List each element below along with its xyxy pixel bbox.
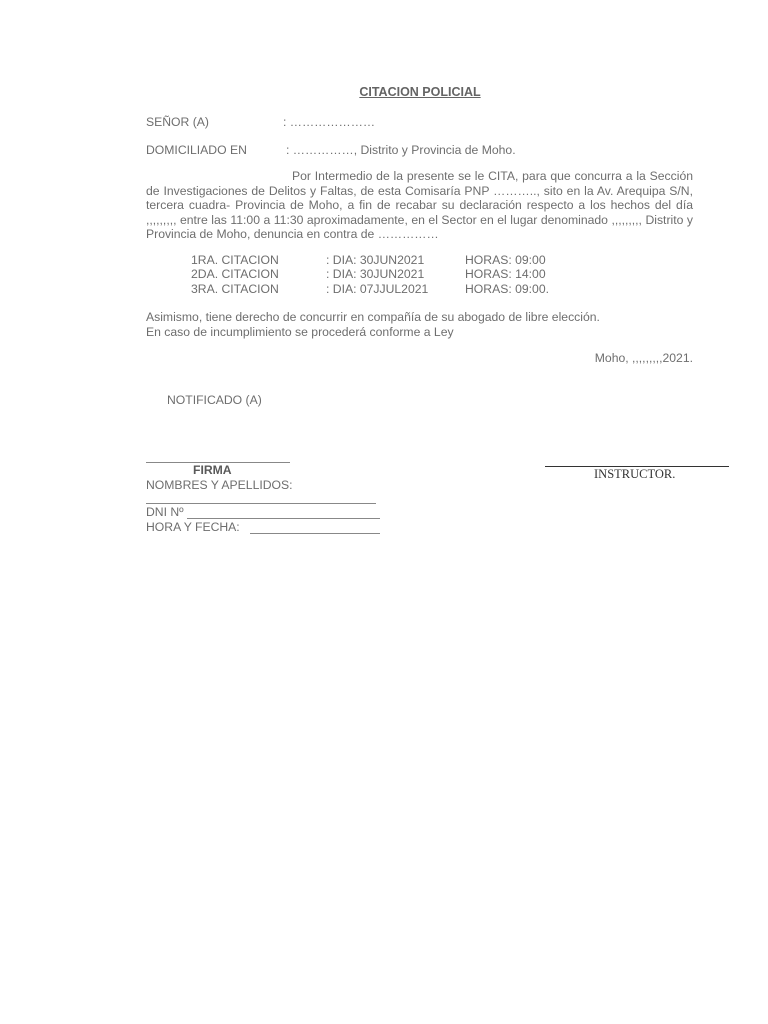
- hora-fecha-blank-line: [250, 533, 380, 534]
- body-paragraph: Por Intermedio de la presente se le CITA…: [146, 169, 693, 242]
- place-date: Moho, ,,,,,,,,,2021.: [595, 351, 693, 365]
- firma-label: FIRMA: [193, 463, 232, 477]
- names-label: NOMBRES Y APELLIDOS:: [146, 478, 293, 492]
- domicilio-label: DOMICILIADO EN: [146, 143, 247, 157]
- domicilio-value: : ……………, Distrito y Provincia de Moho.: [286, 143, 516, 157]
- names-blank-line: [146, 503, 376, 504]
- rights-line-1: Asimismo, tiene derecho de concurrir en …: [146, 310, 600, 325]
- notified-label: NOTIFICADO (A): [167, 393, 262, 407]
- rights-line-2: En caso de incumplimiento se procederá c…: [146, 325, 600, 340]
- citation-day: : DIA: 07JJUL2021: [326, 282, 428, 296]
- citation-hours: HORAS: 09:00.: [465, 282, 549, 296]
- hora-fecha-label: HORA Y FECHA:: [146, 520, 240, 534]
- citation-name: 3RA. CITACION: [191, 282, 279, 296]
- senor-label: SEÑOR (A): [146, 115, 209, 129]
- rights-notice: Asimismo, tiene derecho de concurrir en …: [146, 310, 600, 340]
- dni-label: DNI Nº: [146, 505, 184, 519]
- instructor-label: INSTRUCTOR.: [594, 467, 675, 482]
- citation-name: 2DA. CITACION: [191, 267, 279, 281]
- citation-hours: HORAS: 09:00: [465, 253, 546, 267]
- citation-day: : DIA: 30JUN2021: [326, 253, 424, 267]
- senor-value: : …………………: [283, 115, 375, 129]
- citation-day: : DIA: 30JUN2021: [326, 267, 424, 281]
- dni-blank-line: [187, 518, 380, 519]
- document-title: CITACION POLICIAL: [0, 85, 768, 99]
- body-paragraph-text: Por Intermedio de la presente se le CITA…: [146, 169, 693, 241]
- citation-hours: HORAS: 14:00: [465, 267, 546, 281]
- citation-name: 1RA. CITACION: [191, 253, 279, 267]
